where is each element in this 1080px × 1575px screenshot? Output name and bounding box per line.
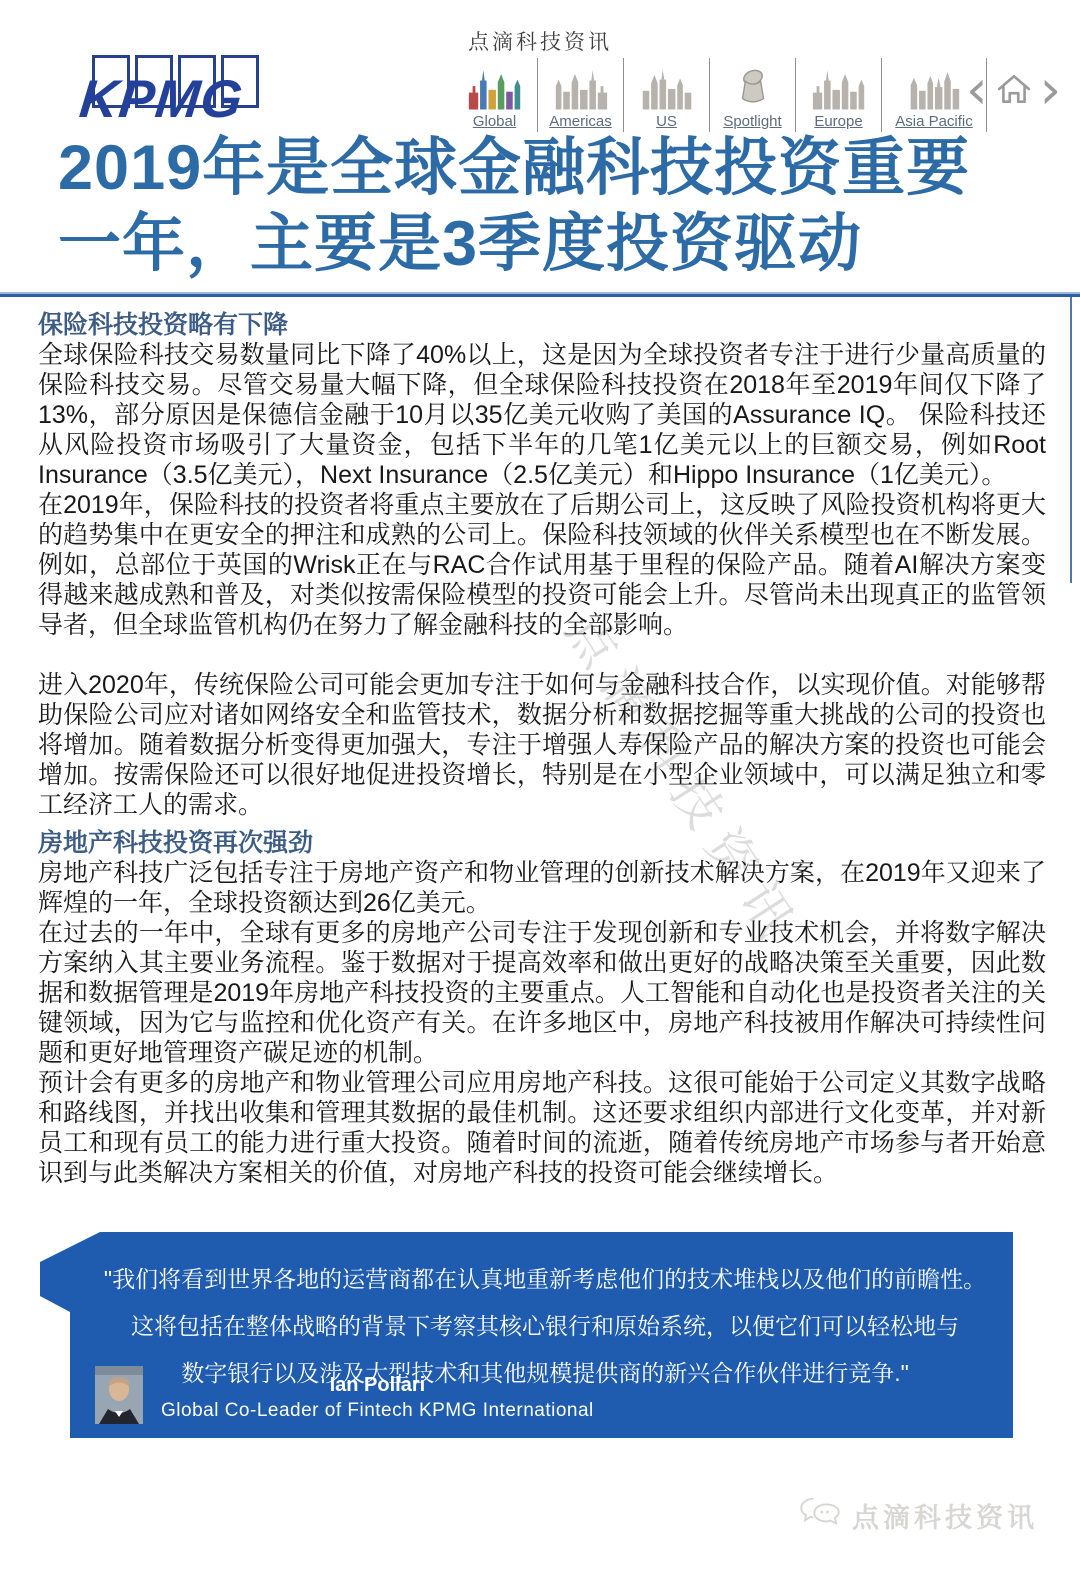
paragraph: 全球保险科技交易数量同比下降了40%以上，这是因为全球投资者专注于进行少量高质量…: [38, 340, 1046, 490]
footer-watermark: 点滴科技资讯: [798, 1496, 1038, 1535]
author-name: Ian Pollari: [161, 1374, 594, 1397]
nav-item-europe[interactable]: Europe: [796, 58, 882, 132]
region-nav: Global Americas: [452, 58, 987, 132]
kpmg-logo-text: KPMG: [77, 69, 246, 130]
nav-label-europe[interactable]: Europe: [814, 113, 862, 130]
page-title: 2019年是全球金融科技投资重要 一年，主要是3季度投资驱动: [58, 130, 1048, 282]
asia-pacific-skyline-icon: [906, 64, 962, 110]
section-insurtech: 保险科技投资略有下降 全球保险科技交易数量同比下降了40%以上，这是因为全球投资…: [38, 310, 1046, 820]
nav-label-americas[interactable]: Americas: [549, 113, 612, 130]
spotlight-icon: [732, 64, 774, 110]
section-heading: 保险科技投资略有下降: [38, 310, 1046, 340]
paragraph: 在过去的一年中，全球有更多的房地产公司专注于发现创新和专业技术机会，并将数字解决…: [38, 918, 1046, 1068]
chat-bubbles-icon: [798, 1496, 842, 1535]
nav-label-us[interactable]: US: [656, 113, 677, 130]
paragraph: 进入2020年，传统保险公司可能会更加专注于如何与金融科技合作，以实现价值。对能…: [38, 670, 1046, 820]
paragraph: 预计会有更多的房地产和物业管理公司应用房地产科技。这很可能始于公司定义其数字战略…: [38, 1068, 1046, 1188]
author-role: Global Co-Leader of Fintech KPMG Interna…: [161, 1400, 594, 1422]
article-page: 点滴科技资讯 KPMG Global: [0, 0, 1080, 1575]
section-proptech: 房地产科技投资再次强劲 房地产科技广泛包括专注于房地产资产和物业管理的创新技术解…: [38, 828, 1046, 1188]
us-skyline-icon: [639, 64, 695, 110]
quote-attribution: Ian Pollari Global Co-Leader of Fintech …: [95, 1366, 594, 1424]
europe-skyline-icon: [811, 64, 867, 110]
nav-item-spotlight[interactable]: Spotlight: [710, 58, 796, 132]
nav-label-spotlight[interactable]: Spotlight: [723, 113, 781, 130]
nav-item-global[interactable]: Global: [452, 58, 538, 132]
quote-line2: 这将包括在整体战略的背景下考察其核心银行和原始系统，以便它们可以轻松地与: [95, 1303, 995, 1350]
quote-line1: "我们将看到世界各地的运营商都在认真地重新考虑他们的技术堆栈以及他们的前瞻性。: [95, 1256, 995, 1303]
paragraph: 在2019年，保险科技的投资者将重点主要放在了后期公司上，这反映了风险投资机构将…: [38, 490, 1046, 640]
paragraph: 房地产科技广泛包括专注于房地产资产和物业管理的创新技术解决方案，在2019年又迎…: [38, 858, 1046, 918]
chevron-right-icon[interactable]: ›: [1040, 68, 1062, 112]
kpmg-logo: KPMG: [80, 55, 270, 127]
section-heading: 房地产科技投资再次强劲: [38, 828, 1046, 858]
masthead-title: 点滴科技资讯: [0, 26, 1080, 56]
article-body: 保险科技投资略有下降 全球保险科技交易数量同比下降了40%以上，这是因为全球投资…: [38, 310, 1046, 1188]
page-title-line2: 一年，主要是3季度投资驱动: [58, 206, 1048, 282]
page-title-line1: 2019年是全球金融科技投资重要: [58, 130, 1048, 206]
author-info: Ian Pollari Global Co-Leader of Fintech …: [161, 1374, 594, 1424]
author-photo: [95, 1366, 143, 1424]
nav-label-global[interactable]: Global: [473, 113, 516, 130]
footer-watermark-text: 点滴科技资讯: [852, 1496, 1038, 1535]
right-edge-rule: [1070, 297, 1072, 583]
home-icon[interactable]: [996, 73, 1032, 110]
nav-label-asia-pacific[interactable]: Asia Pacific: [895, 113, 973, 130]
global-skyline-icon: [467, 64, 523, 110]
nav-controls: ‹ ›: [966, 68, 1061, 112]
quote-callout: "我们将看到世界各地的运营商都在认真地重新考虑他们的技术堆栈以及他们的前瞻性。 …: [40, 1232, 1013, 1438]
chevron-left-icon[interactable]: ‹: [966, 68, 988, 112]
nav-item-us[interactable]: US: [624, 58, 710, 132]
nav-item-americas[interactable]: Americas: [538, 58, 624, 132]
americas-skyline-icon: [553, 64, 609, 110]
title-divider: [0, 292, 1080, 297]
